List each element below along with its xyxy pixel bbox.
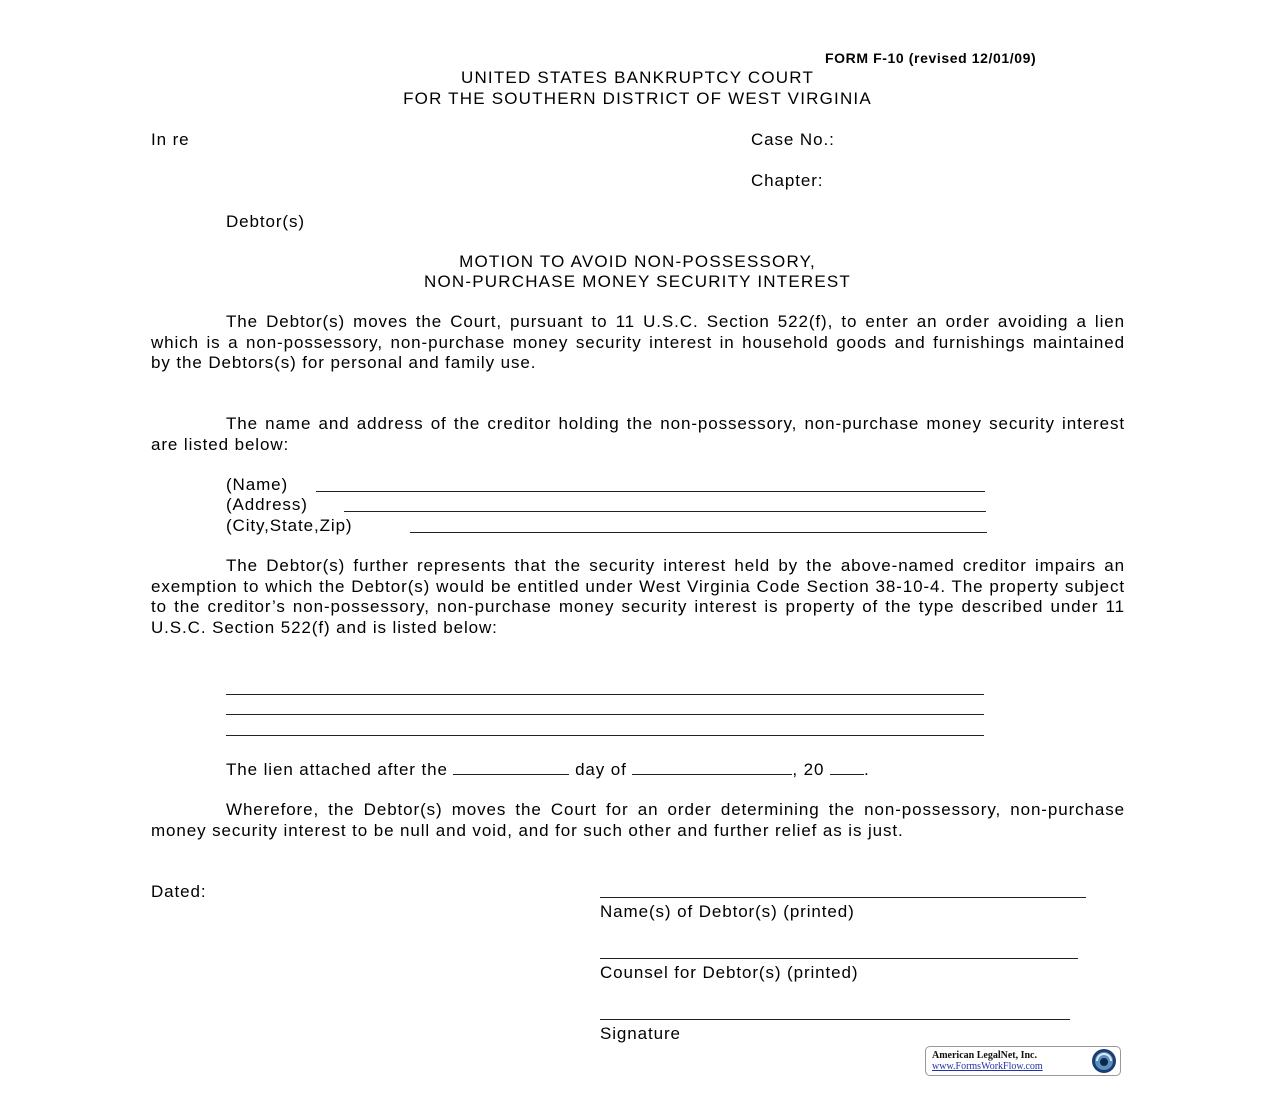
lien-date-sentence: The lien attached after the day of , 20 … <box>226 760 870 780</box>
dated-label: Dated: <box>151 882 207 902</box>
court-district: FOR THE SOUTHERN DISTRICT OF WEST VIRGIN… <box>0 89 1275 109</box>
paragraph-creditor-intro: The name and address of the creditor hol… <box>151 414 1125 455</box>
property-line-3[interactable] <box>226 735 984 736</box>
creditor-name-label: (Name) <box>226 475 288 495</box>
motion-title-line1: MOTION TO AVOID NON-POSSESSORY, <box>0 252 1275 272</box>
counsel-caption: Counsel for Debtor(s) (printed) <box>600 963 858 983</box>
chapter-label: Chapter: <box>751 171 823 191</box>
creditor-name-field[interactable] <box>316 491 985 492</box>
case-no-label: Case No.: <box>751 130 835 150</box>
creditor-address-field[interactable] <box>344 511 986 512</box>
paragraph-exemption: The Debtor(s) further represents that th… <box>151 556 1125 638</box>
signature-caption: Signature <box>600 1024 681 1044</box>
property-line-1[interactable] <box>226 694 984 695</box>
creditor-city-field[interactable] <box>410 532 987 533</box>
debtor-name-caption: Name(s) of Debtor(s) (printed) <box>600 902 855 922</box>
court-name: UNITED STATES BANKRUPTCY COURT <box>0 68 1275 88</box>
debtor-name-line[interactable] <box>600 897 1086 898</box>
paragraph-motion: The Debtor(s) moves the Court, pursuant … <box>151 312 1125 374</box>
creditor-city-label: (City,State,Zip) <box>226 516 353 536</box>
signature-line[interactable] <box>600 1019 1070 1020</box>
creditor-address-label: (Address) <box>226 495 308 515</box>
lien-year-field[interactable] <box>830 760 864 775</box>
property-line-2[interactable] <box>226 714 984 715</box>
in-re-label: In re <box>151 130 190 150</box>
form-id: FORM F-10 (revised 12/01/09) <box>825 50 1036 66</box>
logo-company: American LegalNet, Inc. <box>932 1050 1037 1061</box>
logo-url-link[interactable]: www.FormsWorkFlow.com <box>932 1061 1043 1072</box>
lien-month-field[interactable] <box>632 760 792 775</box>
counsel-line[interactable] <box>600 958 1078 959</box>
debtor-label: Debtor(s) <box>226 212 305 232</box>
footer-logo[interactable]: American LegalNet, Inc. www.FormsWorkFlo… <box>925 1046 1121 1076</box>
globe-icon <box>1091 1048 1117 1074</box>
paragraph-wherefore: Wherefore, the Debtor(s) moves the Court… <box>151 800 1125 841</box>
motion-title-line2: NON-PURCHASE MONEY SECURITY INTEREST <box>0 272 1275 292</box>
lien-day-field[interactable] <box>453 760 569 775</box>
